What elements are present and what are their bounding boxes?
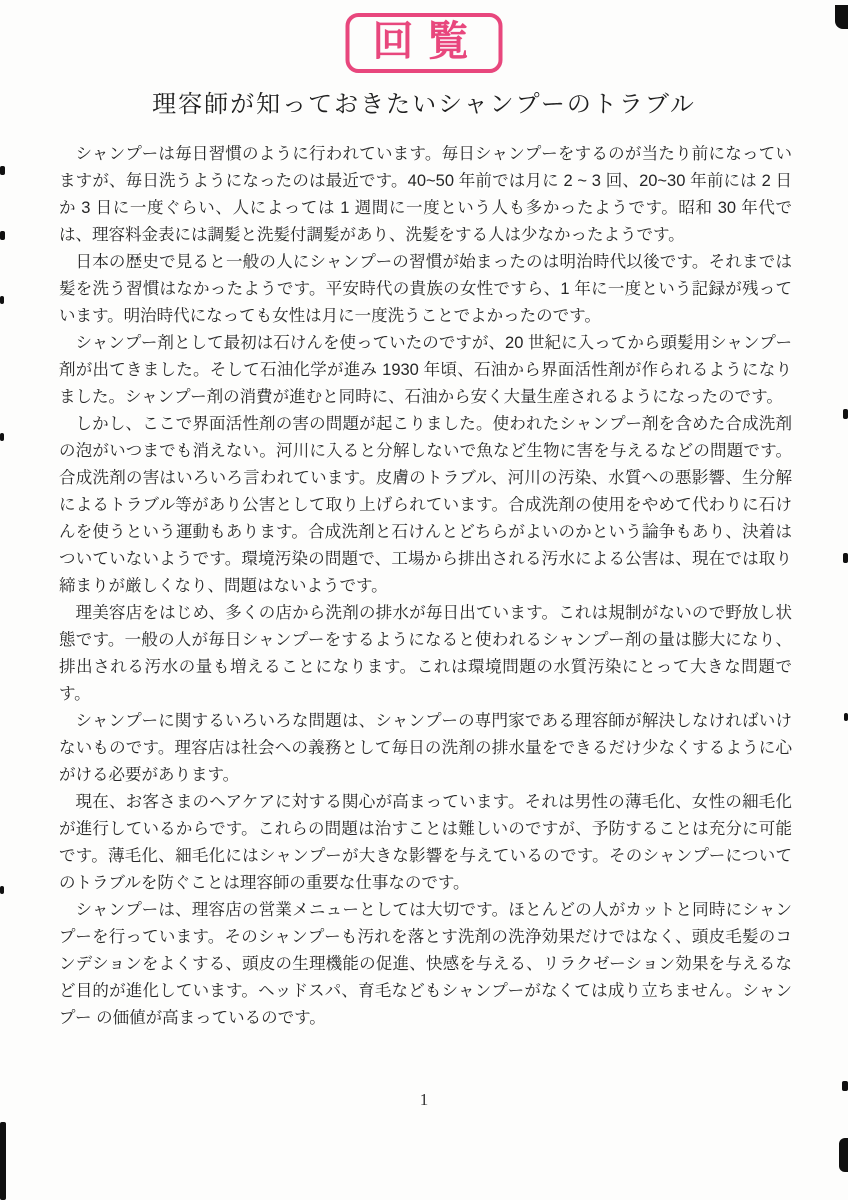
paragraph-barber-responsibility: シャンプーに関するいろいろな問題は、シャンプーの専門家である理容師が解決しなけれ… <box>59 708 792 789</box>
paragraph-salon-wastewater: 理美容店をはじめ、多くの店から洗剤の排水が毎日出ています。これは規制がないので野… <box>59 600 792 708</box>
paragraph-history-japan: 日本の歴史で見ると一般の人にシャンプーの習慣が始まったのは明治時代以後です。それ… <box>59 249 792 330</box>
scan-artifact-left-4 <box>0 433 4 441</box>
scan-artifact-left-2 <box>0 231 5 240</box>
scan-artifact-top-right <box>835 5 848 29</box>
paragraph-soap-to-surfactant: シャンプー剤として最初は石けんを使っていたのですが、20 世紀に入ってから頭髪用… <box>59 330 792 411</box>
scan-artifact-left-3 <box>0 296 4 304</box>
scanned-document-page: 回覧 理容師が知っておきたいシャンプーのトラブル シャンプーは毎日習慣のように行… <box>0 0 848 1200</box>
scan-artifact-left-1 <box>0 166 5 175</box>
paragraph-surfactant-harm: しかし、ここで界面活性剤の害の問題が起こりました。使われたシャンプー剤を含めた合… <box>59 411 792 600</box>
page-title: 理容師が知っておきたいシャンプーのトラブル <box>0 84 848 119</box>
paragraph-haircare-concern: 現在、お客さまのヘアケアに対する関心が高まっています。それは男性の薄毛化、女性の… <box>59 789 792 897</box>
paragraph-shampoo-value: シャンプーは、理容店の営業メニューとしては大切です。ほとんどの人がカットと同時に… <box>59 897 792 1032</box>
page-number: 1 <box>0 1090 848 1110</box>
scan-artifact-right-3 <box>844 713 848 721</box>
document-body: シャンプーは毎日習慣のように行われています。毎日シャンプーをするのが当たり前にな… <box>59 141 792 1032</box>
scan-artifact-right-1 <box>843 409 848 419</box>
circulation-stamp-label: 回覧 <box>373 18 483 64</box>
circulation-stamp: 回覧 <box>346 13 503 73</box>
scan-artifact-left-5 <box>0 886 4 894</box>
paragraph-shampoo-habit: シャンプーは毎日習慣のように行われています。毎日シャンプーをするのが当たり前にな… <box>59 141 792 249</box>
scan-artifact-right-2 <box>843 553 848 563</box>
scan-artifact-bottom-left <box>0 1122 6 1200</box>
scan-artifact-bottom-right <box>839 1138 848 1172</box>
scan-artifact-right-4 <box>842 1081 848 1091</box>
